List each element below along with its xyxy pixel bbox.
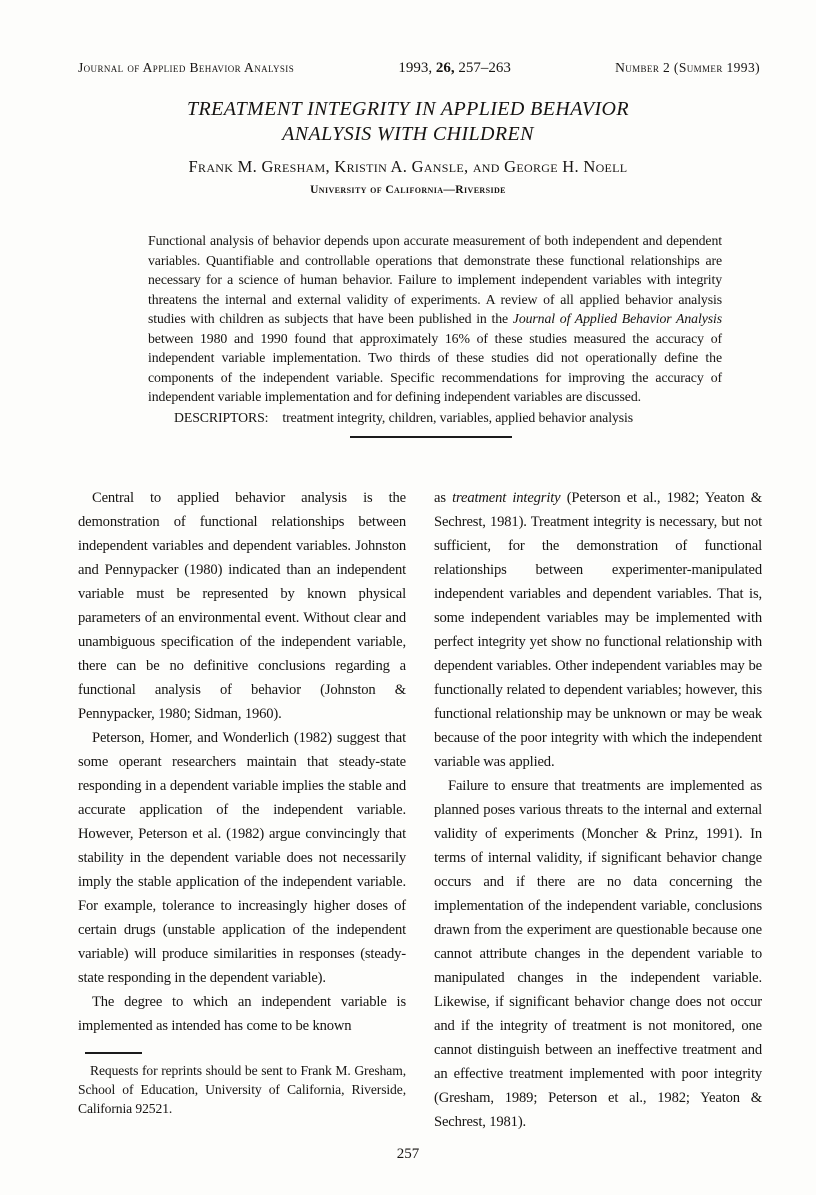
authors-byline: Frank M. Gresham, Kristin A. Gansle, and… [0,157,816,177]
descriptors-line: DESCRIPTORS:treatment integrity, childre… [148,408,722,428]
volume-year: 1993, [398,60,432,76]
reprint-footnote: Requests for reprints should be sent to … [78,1061,406,1118]
article-title-line1: TREATMENT INTEGRITY IN APPLIED BEHAVIOR [0,97,816,122]
footnote-block: Requests for reprints should be sent to … [78,1052,406,1118]
descriptors-label: DESCRIPTORS: [174,410,268,425]
body-paragraph-4: as treatment integrity (Peterson et al.,… [434,486,762,774]
section-divider-rule [350,436,512,438]
affiliation: University of California—Riverside [0,184,816,196]
page-range: 257–263 [458,60,511,76]
descriptors-text: treatment integrity, children, variables… [282,410,633,425]
left-column: Central to applied behavior analysis is … [78,486,406,1134]
issue-info: Number 2 (Summer 1993) [615,60,760,76]
volume-number: 26, [436,60,455,76]
body-paragraph-1: Central to applied behavior analysis is … [78,486,406,726]
body-columns: Central to applied behavior analysis is … [78,486,762,1134]
masthead: Journal of Applied Behavior Analysis 199… [78,60,760,77]
volume-info: 1993, 26, 257–263 [398,60,511,77]
article-title: TREATMENT INTEGRITY IN APPLIED BEHAVIOR … [0,97,816,147]
footnote-rule [85,1052,142,1054]
body-paragraph-2: Peterson, Homer, and Wonderlich (1982) s… [78,726,406,990]
journal-article-page: Journal of Applied Behavior Analysis 199… [0,0,816,1195]
treatment-integrity-term: treatment integrity [452,490,560,506]
abstract-paragraph: Functional analysis of behavior depends … [148,231,722,407]
journal-name: Journal of Applied Behavior Analysis [78,60,294,76]
body-paragraph-4-pre: as [434,490,452,506]
body-paragraph-5: Failure to ensure that treatments are im… [434,774,762,1134]
body-paragraph-3: The degree to which an independent varia… [78,990,406,1038]
abstract-text-2: between 1980 and 1990 found that approxi… [148,331,722,405]
abstract-journal-title: Journal of Applied Behavior Analysis [513,311,722,326]
page-number: 257 [0,1146,816,1163]
right-column: as treatment integrity (Peterson et al.,… [434,486,762,1134]
body-paragraph-4-post: (Peterson et al., 1982; Yeaton & Sechres… [434,490,762,770]
article-title-line2: ANALYSIS WITH CHILDREN [0,122,816,147]
abstract: Functional analysis of behavior depends … [148,231,722,427]
